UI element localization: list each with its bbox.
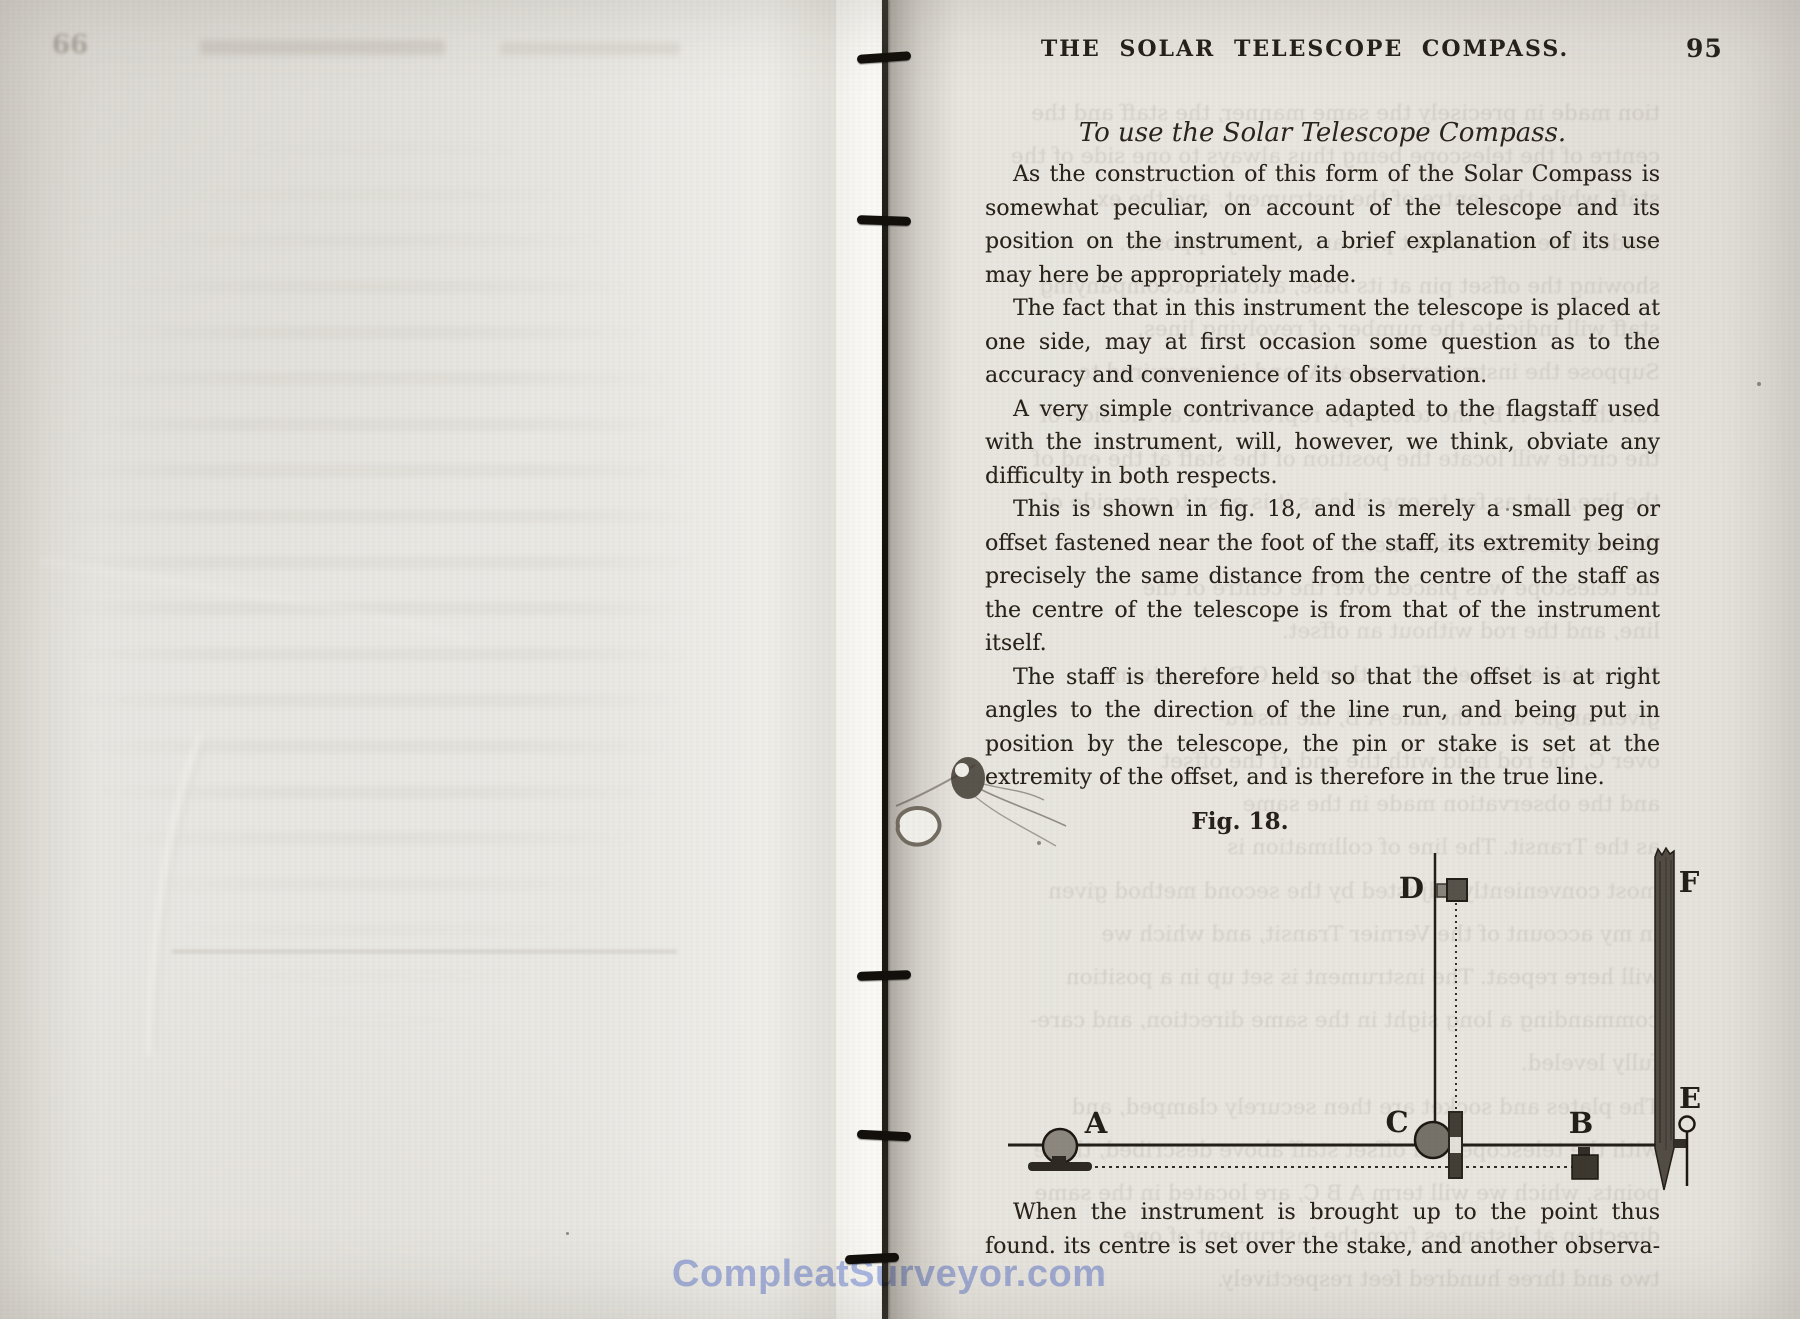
ink-speck [1037,841,1041,845]
gutter-shadow [888,0,960,1319]
figure-label-f: F [1679,865,1700,899]
figure-label-c: C [1385,1105,1408,1139]
text-line: This is shown in fig. 18, and is merely … [985,493,1660,527]
text-line: angles to the direction of the line run,… [985,694,1660,728]
text-line: extremity of the offset, and is therefor… [985,761,1660,795]
text-line: position on the instrument, a brief expl… [985,225,1660,259]
running-head: THE SOLAR TELESCOPE COMPASS. [985,36,1625,62]
left-page: 66 [0,0,886,1319]
offset-arm-e [1674,1139,1687,1148]
ink-speck [566,1232,569,1235]
text-line: position by the telescope, the pin or st… [985,728,1660,762]
offset-rod-top [1450,1113,1461,1137]
text-line: When the instrument is brought up to the… [985,1196,1660,1230]
paragraph: This is shown in fig. 18, and is merely … [985,493,1660,661]
book-scan: 66 tion made in precisely the same manne… [0,0,1800,1319]
figure-label-d: D [1399,871,1424,905]
ink-speck [1757,382,1761,386]
gutter-shadow [766,0,836,1319]
text-line: one side, may at first occasion some que… [985,326,1660,360]
text-line: the centre of the telescope is from that… [985,594,1660,628]
figure-label-a: A [1084,1106,1108,1140]
text-line: precisely the same distance from the cen… [985,560,1660,594]
instrument-circle-c [1415,1122,1451,1158]
text-line: As the construction of this form of the … [985,158,1660,192]
paragraph: The fact that in this instrument the tel… [985,292,1660,393]
pin-head-e [1680,1117,1695,1132]
base-bar-a [1028,1162,1092,1171]
paragraph: A very simple contrivance adapted to the… [985,393,1660,494]
offset-peg-d [1447,879,1467,901]
text-line: The fact that in this instrument the tel… [985,292,1660,326]
ink-speck [1506,508,1509,511]
figure-caption: Fig. 18. [1040,808,1440,835]
paragraph: As the construction of this form of the … [985,158,1660,292]
text-line: difficulty in both respects. [985,460,1660,494]
text-line: offset fastened near the foot of the sta… [985,527,1660,561]
text-line: somewhat peculiar, on account of the tel… [985,192,1660,226]
stake-b [1572,1155,1598,1179]
watermark: CompleatSurveyor.com [672,1253,1106,1296]
page-number: 95 [1686,34,1723,63]
text-line: itself. [985,627,1660,661]
body-text: As the construction of this form of the … [985,158,1660,795]
figure-18-diagram: D F C A B E [1000,845,1710,1200]
damage-blob [880,730,1080,880]
paragraph: The staff is therefore held so that the … [985,661,1660,795]
text-line: with the instrument, will, however, we t… [985,426,1660,460]
figure-label-b: B [1569,1106,1594,1140]
text-line: A very simple contrivance adapted to the… [985,393,1660,427]
page-crease [0,0,886,1319]
text-line: The staff is therefore held so that the … [985,661,1660,695]
gutter-highlight [834,0,884,1319]
text-line: accuracy and convenience of its observat… [985,359,1660,393]
text-line: may here be appropriately made. [985,259,1660,293]
figure-label-e: E [1679,1081,1701,1115]
section-heading: To use the Solar Telescope Compass. [985,118,1660,148]
stitch-mark [857,970,911,981]
offset-rod-bottom [1450,1153,1461,1177]
stitch-mark [857,215,911,226]
